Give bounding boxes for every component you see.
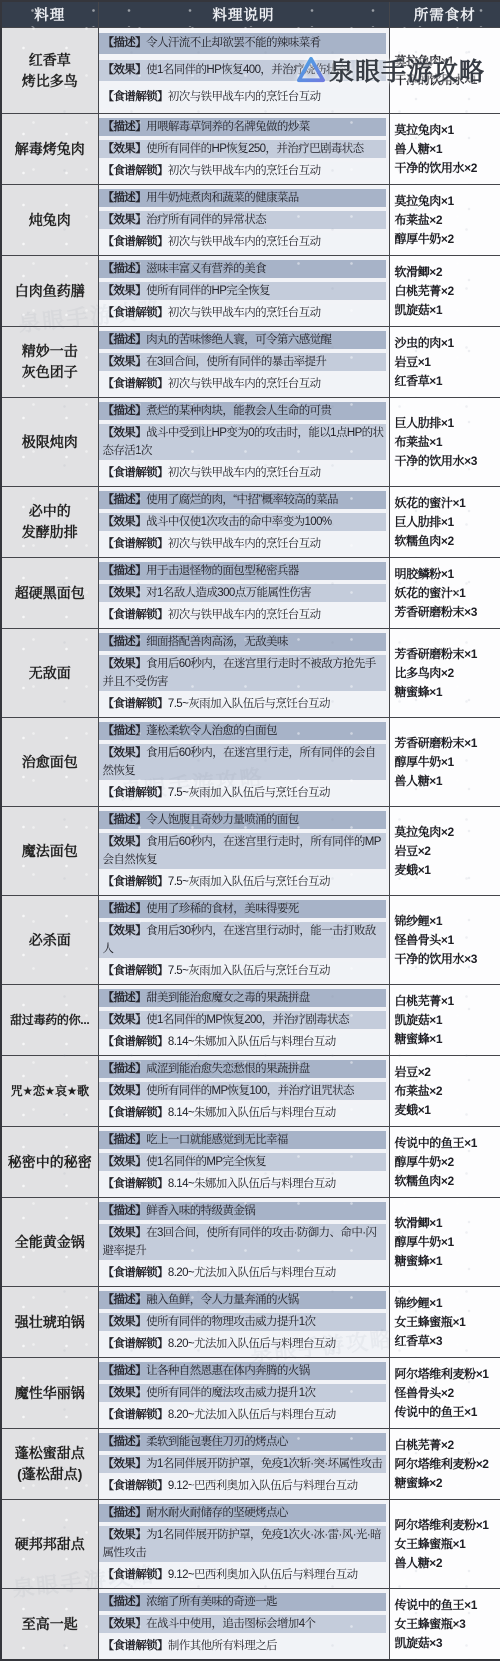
dish-name-cell: 超硬黑面包 — [1, 558, 98, 629]
unlock-text: 8.20~尤法加入队伍后与料理台互动 — [168, 1409, 336, 1421]
dish-name: 解毒烤兔肉 — [15, 139, 85, 160]
ingredients-list: 莫拉兔肉×1兽人糖×1干净的饮用水×2 — [390, 117, 500, 182]
desc-label: 【描述】 — [103, 494, 147, 506]
dish-name-cell: 甜过毒药的你... — [1, 985, 98, 1056]
desc-label: 【描述】 — [103, 1063, 147, 1075]
table-row: 秘密中的秘密 【描述】吃上一口就能感觉到无比幸福 【效果】使1名同伴的MP完全恢… — [1, 1127, 500, 1198]
unlock-label: 【食谱解锁】 — [103, 91, 168, 103]
unlock-text: 8.20~尤法加入队伍后与料理台互动 — [168, 1267, 336, 1279]
dish-description-line: 【描述】咸涩到能治愈失恋愁恨的果蔬拼盘 — [99, 1060, 386, 1078]
dish-effect-line: 【效果】使所有同伴的物理攻击威力提升1次 — [99, 1313, 386, 1331]
ingredients-cell: 莫拉兔肉×1兽人糖×1干净的饮用水×2 — [389, 114, 500, 185]
unlock-text: 初次与铁甲战车内的烹饪台互动 — [168, 538, 321, 550]
dish-unlock-line: 【食谱解锁】制作其他所有料理之后 — [99, 1637, 386, 1655]
dish-effect-line: 【效果】战斗中仅使1次攻击的命中率变为100% — [99, 513, 386, 531]
desc-label: 【描述】 — [103, 1596, 147, 1608]
dish-effect-line: 【效果】治疗所有同伴的异常状态 — [99, 211, 386, 229]
dish-name-cell: 魔法面包 — [1, 807, 98, 896]
desc-label: 【描述】 — [103, 121, 147, 133]
dish-effect-line: 【效果】食用后60秒内，在迷宫里行走时不被敌方抢先手并且不受伤害 — [99, 655, 386, 691]
ingredients-cell: 沙虫的肉×1岩豆×1红香草×1 — [389, 327, 500, 398]
dish-description-line: 【描述】肉丸的苦味惨绝人寰，可令第六感觉醒 — [99, 331, 386, 349]
dish-effect-line: 【效果】使所有同伴的魔法攻击威力提升1次 — [99, 1384, 386, 1402]
effect-label: 【效果】 — [103, 836, 147, 848]
unlock-label: 【食谱解锁】 — [103, 965, 168, 977]
ingredient-item: 妖花的蜜汁×1 — [395, 584, 500, 603]
dish-description-line: 【描述】耐水耐火耐储存的坚硬烤点心 — [99, 1504, 386, 1522]
dish-name-cell: 全能黄金锅 — [1, 1198, 98, 1287]
dish-unlock-line: 【食谱解锁】初次与铁甲战车内的烹饪台互动 — [99, 375, 386, 393]
ingredients-list: 软滑鲫×2白桃芜菁×2凯旋菇×1 — [390, 259, 500, 324]
table-row: 极限炖肉 【描述】煮烂的某种肉块，能教会人生命的可贵 【效果】战斗中受到让HP变… — [1, 398, 500, 487]
desc-text: 吃上一口就能感觉到无比幸福 — [146, 1134, 288, 1146]
dish-description-cell: 【描述】用牛奶炖煮肉和蔬菜的健康菜品 【效果】治疗所有同伴的异常状态 【食谱解锁… — [98, 185, 389, 256]
unlock-label: 【食谱解锁】 — [103, 1107, 168, 1119]
ingredient-item: 白桃芜菁×1 — [395, 992, 500, 1011]
dish-name: 极限炖肉 — [22, 432, 78, 453]
ingredients-list: 妖花的蜜汁×1巨人肋排×1软糯鱼肉×2 — [390, 490, 500, 555]
dish-description-cell: 【描述】蓬松柔软令人治愈的白面包 【效果】食用后60秒内，在迷宫里行走，所有同伴… — [98, 718, 389, 807]
dish-name: 白肉鱼药膳 — [15, 281, 85, 302]
dish-description-line: 【描述】甜美到能治愈魔女之毒的果蔬拼盘 — [99, 989, 386, 1007]
header-dish: 料理 — [1, 1, 98, 28]
effect-label: 【效果】 — [103, 1014, 147, 1026]
unlock-label: 【食谱解锁】 — [103, 876, 168, 888]
desc-text: 甜美到能治愈魔女之毒的果蔬拼盘 — [146, 992, 310, 1004]
ingredients-list: 巨人肋排×1布莱盐×1干净的饮用水×3 — [390, 410, 500, 475]
dish-description-cell: 【描述】浓缩了所有美味的奇迹一匙 【效果】在战斗中使用，追击图标会增加4个 【食… — [98, 1589, 389, 1661]
dish-description-line: 【描述】使用了腐烂的肉，“中招”概率较高的菜品 — [99, 491, 386, 509]
table-row: 炖兔肉 【描述】用牛奶炖煮肉和蔬菜的健康菜品 【效果】治疗所有同伴的异常状态 【… — [1, 185, 500, 256]
dish-effect-line: 【效果】使所有同伴的HP恢复250，并治疗巴剧毒状态 — [99, 140, 386, 158]
ingredient-item: 怪兽骨头×1 — [395, 931, 500, 950]
effect-label: 【效果】 — [103, 1156, 147, 1168]
effect-text: 使1名同伴的MP恢复200，并治疗剧毒状态 — [146, 1014, 349, 1026]
effect-text: 使所有同伴的魔法攻击威力提升1次 — [146, 1387, 315, 1399]
ingredients-list: 芳香研磨粉末×1比多鸟肉×2糖蜜蜂×1 — [390, 641, 500, 706]
ingredients-list: 白桃芜菁×2阿尔塔维利麦粉×2糖蜜蜂×2 — [390, 1432, 500, 1497]
ingredient-item: 传说中的鱼王×1 — [395, 1134, 500, 1153]
ingredients-list: 莫拉兔肉×2岩豆×2麦蛾×1 — [390, 819, 500, 884]
dish-name-cell: 白肉鱼药膳 — [1, 256, 98, 327]
effect-label: 【效果】 — [103, 658, 147, 670]
desc-label: 【描述】 — [103, 1507, 147, 1519]
ingredient-item: 白桃芜菁×2 — [395, 282, 500, 301]
description-stack: 【描述】用牛奶炖煮肉和蔬菜的健康菜品 【效果】治疗所有同伴的异常状态 【食谱解锁… — [99, 185, 389, 255]
ingredient-item: 糖蜜蜂×2 — [395, 1474, 500, 1493]
ingredient-item: 麦蛾×1 — [395, 1101, 500, 1120]
table-row: 无敌面 【描述】细面搭配兽肉高汤，无敌美味 【效果】食用后60秒内，在迷宫里行走… — [1, 629, 500, 718]
effect-label: 【效果】 — [103, 1387, 147, 1399]
unlock-text: 初次与铁甲战车内的烹饪台互动 — [168, 467, 321, 479]
description-stack: 【描述】煮烂的某种肉块，能教会人生命的可贵 【效果】战斗中受到让HP变为0的攻击… — [99, 398, 389, 486]
dish-name-cell: 必杀面 — [1, 896, 98, 985]
ingredient-item: 阿尔塔维利麦粉×1 — [395, 1365, 500, 1384]
desc-label: 【描述】 — [103, 992, 147, 1004]
dish-description-cell: 【描述】咸涩到能治愈失恋愁恨的果蔬拼盘 【效果】使所有同伴的MP恢复100，并治… — [98, 1056, 389, 1127]
table-row: 必中的 发酵肋排 【描述】使用了腐烂的肉，“中招”概率较高的菜品 【效果】战斗中… — [1, 487, 500, 558]
ingredient-item: 凯旋菇×1 — [395, 301, 500, 320]
ingredients-cell: 岩豆×2布莱盐×2麦蛾×1 — [389, 1056, 500, 1127]
table-row: 咒★恋★哀★歌 【描述】咸涩到能治愈失恋愁恨的果蔬拼盘 【效果】使所有同伴的MP… — [1, 1056, 500, 1127]
dish-description-line: 【描述】吃上一口就能感觉到无比幸福 — [99, 1131, 386, 1149]
ingredient-item: 麦蛾×1 — [395, 861, 500, 880]
dish-effect-line: 【效果】为1名同伴展开防护罩，免疫1次斩·突·坏属性攻击 — [99, 1455, 386, 1473]
ingredients-cell: 巨人肋排×1布莱盐×1干净的饮用水×3 — [389, 398, 500, 487]
ingredient-item: 沙虫的肉×1 — [395, 334, 500, 353]
dish-effect-line: 【效果】使所有同伴的HP完全恢复 — [99, 282, 386, 300]
dish-name-cell: 强壮琥珀锅 — [1, 1287, 98, 1358]
description-stack: 【描述】用于击退怪物的面包型秘密兵器 【效果】对1名敌人造成300点万能属性伤害… — [99, 558, 389, 628]
description-stack: 【描述】柔软到能包裹住刀刃的烤点心 【效果】为1名同伴展开防护罩，免疫1次斩·突… — [99, 1429, 389, 1499]
ingredient-item: 醇厚牛奶×1 — [395, 753, 500, 772]
dish-name: 治愈面包 — [22, 752, 78, 773]
ingredient-item: 比多鸟肉×2 — [395, 664, 500, 683]
dish-name: 全能黄金锅 — [15, 1232, 85, 1253]
dish-name: 强壮琥珀锅 — [15, 1312, 85, 1333]
effect-label: 【效果】 — [103, 64, 147, 76]
ingredient-item: 醇厚牛奶×2 — [395, 1153, 500, 1172]
desc-label: 【描述】 — [103, 636, 147, 648]
dish-effect-line: 【效果】食用后30秒内，在迷宫里行动时，能一击打败敌人 — [99, 922, 386, 958]
dish-effect-line: 【效果】为1名同伴展开防护罩，免疫1次火·冰·雷·风·光·暗属性攻击 — [99, 1526, 386, 1562]
ingredient-item: 糖蜜蜂×1 — [395, 683, 500, 702]
effect-text: 使1名同伴的MP完全恢复 — [146, 1156, 266, 1168]
effect-label: 【效果】 — [103, 143, 147, 155]
description-stack: 【描述】吃上一口就能感觉到无比幸福 【效果】使1名同伴的MP完全恢复 【食谱解锁… — [99, 1127, 389, 1197]
table-row: 红香草 烤比多鸟 【描述】令人汗流不止却欲罢不能的辣味菜肴 【效果】使1名同伴的… — [1, 28, 500, 114]
desc-label: 【描述】 — [103, 405, 147, 417]
dish-name: 精妙一击 灰色团子 — [22, 341, 78, 383]
description-stack: 【描述】让各种自然恩惠在体内奔腾的火锅 【效果】使所有同伴的魔法攻击威力提升1次… — [99, 1358, 389, 1428]
description-stack: 【描述】咸涩到能治愈失恋愁恨的果蔬拼盘 【效果】使所有同伴的MP恢复100，并治… — [99, 1056, 389, 1126]
ingredient-item: 莫拉兔肉×1 — [395, 192, 500, 211]
unlock-text: 8.20~尤法加入队伍后与料理台互动 — [168, 1338, 336, 1350]
ingredients-cell: 阿尔塔维利麦粉×1怪兽骨头×2传说中的鱼王×1 — [389, 1358, 500, 1429]
ingredients-cell: 芳香研磨粉末×1醇厚牛奶×1兽人糖×1 — [389, 718, 500, 807]
ingredient-item: 莫拉兔肉×1 — [395, 121, 500, 140]
ingredient-item: 妖花的蜜汁×1 — [395, 494, 500, 513]
table-row: 治愈面包 【描述】蓬松柔软令人治愈的白面包 【效果】食用后60秒内，在迷宫里行走… — [1, 718, 500, 807]
ingredient-item: 传说中的鱼王×1 — [395, 1596, 500, 1615]
unlock-label: 【食谱解锁】 — [103, 1178, 168, 1190]
dish-description-line: 【描述】浓缩了所有美味的奇迹一匙 — [99, 1593, 386, 1611]
dish-effect-line: 【效果】使所有同伴的MP恢复100，并治疗诅咒状态 — [99, 1082, 386, 1100]
dish-unlock-line: 【食谱解锁】初次与铁甲战车内的烹饪台互动 — [99, 233, 386, 251]
table-row: 硬邦邦甜点 【描述】耐水耐火耐储存的坚硬烤点心 【效果】为1名同伴展开防护罩，免… — [1, 1500, 500, 1589]
ingredient-item: 明胶鳞粉×1 — [395, 565, 500, 584]
dish-description-cell: 【描述】吃上一口就能感觉到无比幸福 【效果】使1名同伴的MP完全恢复 【食谱解锁… — [98, 1127, 389, 1198]
dish-effect-line: 【效果】食用后60秒内，在迷宫里行走时，所有同伴的MP会自然恢复 — [99, 833, 386, 869]
unlock-text: 初次与铁甲战车内的烹饪台互动 — [168, 307, 321, 319]
ingredient-item: 怪兽骨头×2 — [395, 1384, 500, 1403]
dish-name-cell: 蓬松蜜甜点 (蓬松甜点) — [1, 1429, 98, 1500]
unlock-label: 【食谱解锁】 — [103, 1640, 168, 1652]
ingredient-item: 软糯鱼肉×2 — [395, 1172, 500, 1191]
dish-description-line: 【描述】柔软到能包裹住刀刃的烤点心 — [99, 1433, 386, 1451]
dish-name-cell: 红香草 烤比多鸟 — [1, 28, 98, 114]
desc-label: 【描述】 — [103, 37, 147, 49]
desc-text: 鲜香入味的特级黄金锅 — [146, 1205, 255, 1217]
dish-effect-line: 【效果】使1名同伴的MP恢复200，并治疗剧毒状态 — [99, 1011, 386, 1029]
unlock-label: 【食谱解锁】 — [103, 1338, 168, 1350]
description-stack: 【描述】蓬松柔软令人治愈的白面包 【效果】食用后60秒内，在迷宫里行走，所有同伴… — [99, 718, 389, 806]
unlock-text: 9.12~巴西利奥加入队伍后与料理台互动 — [168, 1480, 358, 1492]
description-stack: 【描述】使用了珍稀的食材，美味得要死 【效果】食用后30秒内，在迷宫里行动时，能… — [99, 896, 389, 984]
ingredient-item: 软滑鲫×2 — [395, 263, 500, 282]
unlock-text: 9.12~巴西利奥加入队伍后与料理台互动 — [168, 1569, 358, 1581]
ingredient-item: 巨人肋排×1 — [395, 414, 500, 433]
unlock-label: 【食谱解锁】 — [103, 1409, 168, 1421]
dish-name-cell: 硬邦邦甜点 — [1, 1500, 98, 1589]
desc-text: 细面搭配兽肉高汤，无敌美味 — [146, 636, 288, 648]
ingredients-list: 阿尔塔维利麦粉×1怪兽骨头×2传说中的鱼王×1 — [390, 1361, 500, 1426]
dish-description-cell: 【描述】融入鱼鲜，令人力量奔涌的火锅 【效果】使所有同伴的物理攻击威力提升1次 … — [98, 1287, 389, 1358]
dish-unlock-line: 【食谱解锁】8.20~尤法加入队伍后与料理台互动 — [99, 1406, 386, 1424]
dish-name: 魔性华丽锅 — [15, 1383, 85, 1404]
unlock-label: 【食谱解锁】 — [103, 1267, 168, 1279]
ingredients-cell: 传说中的鱼王×1女王蜂蜜瓶×3凯旋菇×3 — [389, 1589, 500, 1661]
description-stack: 【描述】融入鱼鲜，令人力量奔涌的火锅 【效果】使所有同伴的物理攻击威力提升1次 … — [99, 1287, 389, 1357]
effect-text: 为1名同伴展开防护罩，免疫1次斩·突·坏属性攻击 — [146, 1458, 382, 1470]
dish-description-line: 【描述】用喂解毒草饲养的名牌兔做的炒菜 — [99, 118, 386, 136]
ingredient-item: 干净的饮用水×1 — [395, 71, 500, 90]
dish-name: 必杀面 — [29, 930, 71, 951]
ingredients-list: 阿尔塔维利麦粉×1女王蜂蜜瓶×1兽人糖×2 — [390, 1512, 500, 1577]
dish-description-cell: 【描述】使用了珍稀的食材，美味得要死 【效果】食用后30秒内，在迷宫里行动时，能… — [98, 896, 389, 985]
table-row: 蓬松蜜甜点 (蓬松甜点) 【描述】柔软到能包裹住刀刃的烤点心 【效果】为1名同伴… — [1, 1429, 500, 1500]
ingredient-item: 岩豆×1 — [395, 353, 500, 372]
ingredient-item: 巨人肋排×1 — [395, 513, 500, 532]
dish-description-line: 【描述】令人饱腹且奇妙力量喷涌的面包 — [99, 811, 386, 829]
description-stack: 【描述】滋味丰富又有营养的美食 【效果】使所有同伴的HP完全恢复 【食谱解锁】初… — [99, 256, 389, 326]
dish-name: 甜过毒药的你... — [10, 1011, 89, 1029]
desc-label: 【描述】 — [103, 1365, 147, 1377]
unlock-text: 初次与铁甲战车内的烹饪台互动 — [168, 91, 321, 103]
unlock-label: 【食谱解锁】 — [103, 538, 168, 550]
desc-text: 用于击退怪物的面包型秘密兵器 — [146, 565, 299, 577]
table-row: 甜过毒药的你... 【描述】甜美到能治愈魔女之毒的果蔬拼盘 【效果】使1名同伴的… — [1, 985, 500, 1056]
ingredients-list: 沙虫的肉×1岩豆×1红香草×1 — [390, 330, 500, 395]
desc-label: 【描述】 — [103, 1205, 147, 1217]
dish-name-cell: 魔性华丽锅 — [1, 1358, 98, 1429]
desc-label: 【描述】 — [103, 334, 147, 346]
effect-label: 【效果】 — [103, 285, 147, 297]
unlock-text: 初次与铁甲战车内的烹饪台互动 — [168, 236, 321, 248]
dish-name: 至高一匙 — [22, 1614, 78, 1635]
dish-unlock-line: 【食谱解锁】8.14~朱娜加入队伍后与料理台互动 — [99, 1033, 386, 1051]
dish-name-cell: 极限炖肉 — [1, 398, 98, 487]
dish-description-line: 【描述】让各种自然恩惠在体内奔腾的火锅 — [99, 1362, 386, 1380]
ingredient-item: 女王蜂蜜瓶×1 — [395, 1535, 500, 1554]
table-row: 解毒烤兔肉 【描述】用喂解毒草饲养的名牌兔做的炒菜 【效果】使所有同伴的HP恢复… — [1, 114, 500, 185]
ingredient-item: 芳香研磨粉末×1 — [395, 734, 500, 753]
ingredients-cell: 莫拉兔肉×2岩豆×2麦蛾×1 — [389, 807, 500, 896]
ingredient-item: 锦纱鲤×1 — [395, 912, 500, 931]
dish-description-cell: 【描述】细面搭配兽肉高汤，无敌美味 【效果】食用后60秒内，在迷宫里行走时不被敌… — [98, 629, 389, 718]
ingredient-item: 岩豆×2 — [395, 842, 500, 861]
dish-description-line: 【描述】用牛奶炖煮肉和蔬菜的健康菜品 — [99, 189, 386, 207]
dish-name-cell: 精妙一击 灰色团子 — [1, 327, 98, 398]
ingredient-item: 兽人糖×1 — [395, 772, 500, 791]
unlock-label: 【食谱解锁】 — [103, 165, 168, 177]
description-stack: 【描述】细面搭配兽肉高汤，无敌美味 【效果】食用后60秒内，在迷宫里行走时不被敌… — [99, 629, 389, 717]
desc-label: 【描述】 — [103, 725, 147, 737]
ingredients-cell: 白桃芜菁×2阿尔塔维利麦粉×2糖蜜蜂×2 — [389, 1429, 500, 1500]
ingredient-item: 阿尔塔维利麦粉×2 — [395, 1455, 500, 1474]
table-body: 红香草 烤比多鸟 【描述】令人汗流不止却欲罢不能的辣味菜肴 【效果】使1名同伴的… — [1, 28, 500, 1661]
ingredient-item: 红香草×3 — [395, 1332, 500, 1351]
dish-description-line: 【描述】令人汗流不止却欲罢不能的辣味菜肴 — [99, 33, 386, 54]
dish-unlock-line: 【食谱解锁】9.12~巴西利奥加入队伍后与料理台互动 — [99, 1477, 386, 1495]
ingredients-list: 莫拉兔肉×1布莱盐×2醇厚牛奶×2 — [390, 188, 500, 253]
description-stack: 【描述】肉丸的苦味惨绝人寰，可令第六感觉醒 【效果】在3回合间，使所有同伴的暴击… — [99, 327, 389, 397]
desc-text: 令人汗流不止却欲罢不能的辣味菜肴 — [146, 37, 320, 49]
effect-label: 【效果】 — [103, 356, 147, 368]
effect-text: 在3回合间，使所有同伴的暴击率提升 — [146, 356, 326, 368]
dish-description-line: 【描述】使用了珍稀的食材，美味得要死 — [99, 900, 386, 918]
effect-label: 【效果】 — [103, 427, 147, 439]
desc-label: 【描述】 — [103, 192, 147, 204]
dish-name: 咒★恋★哀★歌 — [11, 1082, 89, 1100]
description-stack: 【描述】甜美到能治愈魔女之毒的果蔬拼盘 【效果】使1名同伴的MP恢复200，并治… — [99, 985, 389, 1055]
desc-label: 【描述】 — [103, 565, 147, 577]
ingredient-item: 软糯鱼肉×2 — [395, 532, 500, 551]
ingredients-list: 锦纱鲤×1怪兽骨头×1干净的饮用水×3 — [390, 908, 500, 973]
table-row: 魔法面包 【描述】令人饱腹且奇妙力量喷涌的面包 【效果】食用后60秒内，在迷宫里… — [1, 807, 500, 896]
ingredients-cell: 妖花的蜜汁×1巨人肋排×1软糯鱼肉×2 — [389, 487, 500, 558]
description-stack: 【描述】鲜香入味的特级黄金锅 【效果】在3回合间，使所有同伴的攻击·防御力、命中… — [99, 1198, 389, 1286]
unlock-text: 7.5~灰雨加入队伍后与烹饪台互动 — [168, 698, 330, 710]
description-stack: 【描述】用喂解毒草饲养的名牌兔做的炒菜 【效果】使所有同伴的HP恢复250，并治… — [99, 114, 389, 184]
dish-name-cell: 必中的 发酵肋排 — [1, 487, 98, 558]
ingredient-item: 芳香研磨粉末×3 — [395, 603, 500, 622]
description-stack: 【描述】令人饱腹且奇妙力量喷涌的面包 【效果】食用后60秒内，在迷宫里行走时，所… — [99, 807, 389, 895]
ingredients-list: 传说中的鱼王×1醇厚牛奶×2软糯鱼肉×2 — [390, 1130, 500, 1195]
ingredients-list: 锦纱鲤×1女王蜂蜜瓶×1红香草×3 — [390, 1290, 500, 1355]
dish-unlock-line: 【食谱解锁】初次与铁甲战车内的烹饪台互动 — [99, 162, 386, 180]
effect-label: 【效果】 — [103, 587, 147, 599]
desc-text: 滋味丰富又有营养的美食 — [146, 263, 266, 275]
desc-text: 使用了珍稀的食材，美味得要死 — [146, 903, 299, 915]
dish-name-cell: 至高一匙 — [1, 1589, 98, 1661]
unlock-label: 【食谱解锁】 — [103, 1036, 168, 1048]
description-stack: 【描述】令人汗流不止却欲罢不能的辣味菜肴 【效果】使1名同伴的HP恢复400，并… — [99, 28, 389, 113]
dish-description-cell: 【描述】耐水耐火耐储存的坚硬烤点心 【效果】为1名同伴展开防护罩，免疫1次火·冰… — [98, 1500, 389, 1589]
effect-text: 战斗中仅使1次攻击的命中率变为100% — [146, 516, 331, 528]
dish-unlock-line: 【食谱解锁】7.5~灰雨加入队伍后与烹饪台互动 — [99, 962, 386, 980]
ingredient-item: 女王蜂蜜瓶×3 — [395, 1615, 500, 1634]
dish-description-cell: 【描述】令人汗流不止却欲罢不能的辣味菜肴 【效果】使1名同伴的HP恢复400，并… — [98, 28, 389, 114]
dish-description-line: 【描述】蓬松柔软令人治愈的白面包 — [99, 722, 386, 740]
ingredients-cell: 锦纱鲤×1怪兽骨头×1干净的饮用水×3 — [389, 896, 500, 985]
ingredient-item: 莫拉兔肉×1 — [395, 52, 500, 71]
desc-label: 【描述】 — [103, 263, 147, 275]
dish-name: 硬邦邦甜点 — [15, 1534, 85, 1555]
effect-label: 【效果】 — [103, 516, 147, 528]
dish-description-line: 【描述】细面搭配兽肉高汤，无敌美味 — [99, 633, 386, 651]
table-row: 魔性华丽锅 【描述】让各种自然恩惠在体内奔腾的火锅 【效果】使所有同伴的魔法攻击… — [1, 1358, 500, 1429]
effect-text: 使所有同伴的物理攻击威力提升1次 — [146, 1316, 315, 1328]
desc-text: 用喂解毒草饲养的名牌兔做的炒菜 — [146, 121, 310, 133]
dish-name: 炖兔肉 — [29, 210, 71, 231]
dish-unlock-line: 【食谱解锁】7.5~灰雨加入队伍后与烹饪台互动 — [99, 784, 386, 802]
ingredients-cell: 芳香研磨粉末×1比多鸟肉×2糖蜜蜂×1 — [389, 629, 500, 718]
table-row: 精妙一击 灰色团子 【描述】肉丸的苦味惨绝人寰，可令第六感觉醒 【效果】在3回合… — [1, 327, 500, 398]
header-description: 料理说明 — [98, 1, 389, 28]
table-row: 全能黄金锅 【描述】鲜香入味的特级黄金锅 【效果】在3回合间，使所有同伴的攻击·… — [1, 1198, 500, 1287]
unlock-label: 【食谱解锁】 — [103, 1569, 168, 1581]
ingredient-item: 凯旋菇×1 — [395, 1011, 500, 1030]
unlock-label: 【食谱解锁】 — [103, 378, 168, 390]
dish-description-cell: 【描述】让各种自然恩惠在体内奔腾的火锅 【效果】使所有同伴的魔法攻击威力提升1次… — [98, 1358, 389, 1429]
desc-label: 【描述】 — [103, 1134, 147, 1146]
unlock-text: 7.5~灰雨加入队伍后与烹饪台互动 — [168, 787, 330, 799]
dish-name-cell: 秘密中的秘密 — [1, 1127, 98, 1198]
unlock-text: 8.14~朱娜加入队伍后与料理台互动 — [168, 1178, 336, 1190]
dish-effect-line: 【效果】在战斗中使用，追击图标会增加4个 — [99, 1615, 386, 1633]
desc-text: 耐水耐火耐储存的坚硬烤点心 — [146, 1507, 288, 1519]
dish-description-line: 【描述】用于击退怪物的面包型秘密兵器 — [99, 562, 386, 580]
ingredient-item: 布莱盐×2 — [395, 211, 500, 230]
dish-description-cell: 【描述】甜美到能治愈魔女之毒的果蔬拼盘 【效果】使1名同伴的MP恢复200，并治… — [98, 985, 389, 1056]
ingredients-cell: 阿尔塔维利麦粉×1女王蜂蜜瓶×1兽人糖×2 — [389, 1500, 500, 1589]
dish-unlock-line: 【食谱解锁】初次与铁甲战车内的烹饪台互动 — [99, 606, 386, 624]
dish-effect-line: 【效果】战斗中受到让HP变为0的攻击时，能以1点HP的状态存活1次 — [99, 424, 386, 460]
dish-description-line: 【描述】融入鱼鲜，令人力量奔涌的火锅 — [99, 1291, 386, 1309]
dish-name-cell: 咒★恋★哀★歌 — [1, 1056, 98, 1127]
ingredients-cell: 传说中的鱼王×1醇厚牛奶×2软糯鱼肉×2 — [389, 1127, 500, 1198]
table-header-row: 料理 料理说明 所需食材 — [1, 1, 500, 28]
ingredients-list: 岩豆×2布莱盐×2麦蛾×1 — [390, 1059, 500, 1124]
ingredients-list: 明胶鳞粉×1妖花的蜜汁×1芳香研磨粉末×3 — [390, 561, 500, 626]
unlock-text: 8.14~朱娜加入队伍后与料理台互动 — [168, 1036, 336, 1048]
ingredient-item: 软滑鲫×1 — [395, 1214, 500, 1233]
effect-text: 使1名同伴的HP恢复400，并治疗烧伤状态 — [146, 64, 347, 76]
dish-name: 必中的 发酵肋排 — [22, 501, 78, 543]
desc-text: 用牛奶炖煮肉和蔬菜的健康菜品 — [146, 192, 299, 204]
recipe-table: 料理 料理说明 所需食材 红香草 烤比多鸟 【描述】令人汗流不止却欲罢不能的辣味… — [0, 0, 500, 1661]
ingredient-item: 凯旋菇×3 — [395, 1634, 500, 1653]
unlock-label: 【食谱解锁】 — [103, 1480, 168, 1492]
unlock-text: 制作其他所有料理之后 — [168, 1640, 277, 1652]
effect-label: 【效果】 — [103, 214, 147, 226]
dish-unlock-line: 【食谱解锁】初次与铁甲战车内的烹饪台互动 — [99, 304, 386, 322]
dish-description-cell: 【描述】鲜香入味的特级黄金锅 【效果】在3回合间，使所有同伴的攻击·防御力、命中… — [98, 1198, 389, 1287]
unlock-text: 8.14~朱娜加入队伍后与料理台互动 — [168, 1107, 336, 1119]
dish-description-cell: 【描述】煮烂的某种肉块，能教会人生命的可贵 【效果】战斗中受到让HP变为0的攻击… — [98, 398, 389, 487]
dish-name: 蓬松蜜甜点 (蓬松甜点) — [15, 1443, 85, 1485]
ingredient-item: 兽人糖×1 — [395, 140, 500, 159]
unlock-text: 7.5~灰雨加入队伍后与烹饪台互动 — [168, 876, 330, 888]
ingredient-item: 干净的饮用水×3 — [395, 452, 500, 471]
desc-label: 【描述】 — [103, 814, 147, 826]
dish-unlock-line: 【食谱解锁】7.5~灰雨加入队伍后与烹饪台互动 — [99, 873, 386, 891]
header-ingredients: 所需食材 — [389, 1, 500, 28]
dish-name-cell: 炖兔肉 — [1, 185, 98, 256]
effect-text: 使所有同伴的MP恢复100，并治疗诅咒状态 — [146, 1085, 354, 1097]
effect-label: 【效果】 — [103, 1458, 147, 1470]
effect-text: 对1名敌人造成300点万能属性伤害 — [146, 587, 311, 599]
ingredient-item: 传说中的鱼王×1 — [395, 1403, 500, 1422]
description-stack: 【描述】使用了腐烂的肉，“中招”概率较高的菜品 【效果】战斗中仅使1次攻击的命中… — [99, 487, 389, 557]
effect-text: 使所有同伴的HP完全恢复 — [146, 285, 270, 297]
dish-unlock-line: 【食谱解锁】8.14~朱娜加入队伍后与料理台互动 — [99, 1175, 386, 1193]
dish-effect-line: 【效果】在3回合间，使所有同伴的攻击·防御力、命中·闪避率提升 — [99, 1224, 386, 1260]
dish-name: 超硬黑面包 — [15, 583, 85, 604]
desc-text: 咸涩到能治愈失恋愁恨的果蔬拼盘 — [146, 1063, 310, 1075]
dish-name: 无敌面 — [29, 663, 71, 684]
